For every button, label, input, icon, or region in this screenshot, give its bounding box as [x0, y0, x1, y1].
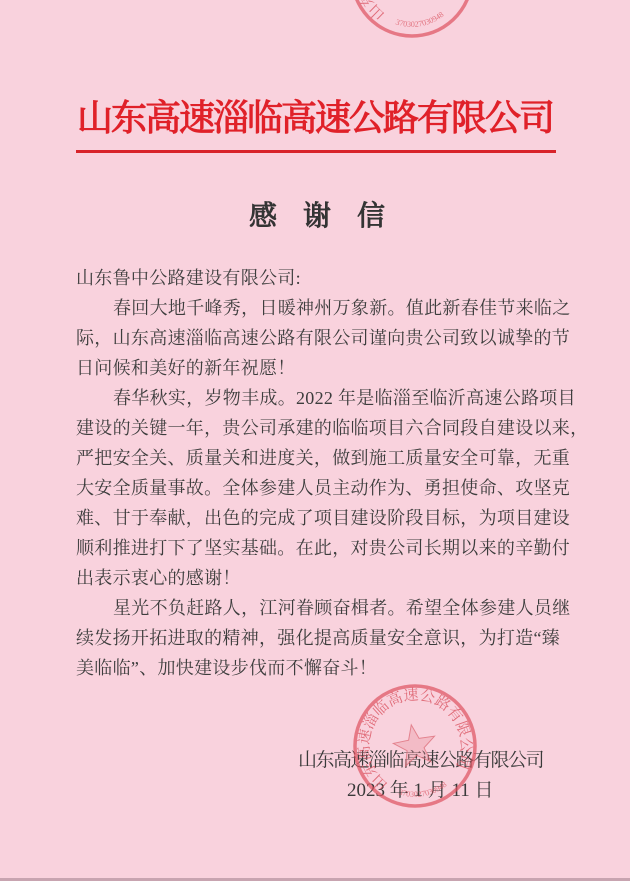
signature-date: 2023 年 1 月 11 日	[347, 775, 494, 802]
letterhead-title: 山东高速淄临高速公路有限公司	[0, 90, 630, 141]
body-line: 出表示衷心的感谢！	[76, 563, 576, 593]
body-line: 大安全质量事故。全体参建人员主动作为、勇担使命、攻坚克	[76, 473, 576, 503]
body-line: 际，山东高速淄临高速公路有限公司谨向贵公司致以诚挚的节	[76, 323, 576, 353]
letter-page: 山东高速淄临高速公路有限公司 3703027030948 山东高速淄临高速公路有…	[0, 0, 630, 881]
body-line: 建设的关键一年，贵公司承建的临临项目六合同段自建设以来，	[76, 413, 576, 443]
svg-text:3703027030948: 3703027030948	[393, 9, 446, 32]
body-line: 续发扬开拓进取的精神，强化提高质量安全意识，为打造“臻	[76, 623, 576, 653]
letter-body: 山东鲁中公路建设有限公司:春回大地千峰秀，日暖神州万象新。值此新春佳节来临之际，…	[76, 263, 576, 683]
body-line: 严把安全关、质量关和进度关，做到施工质量安全可靠，无重	[76, 443, 576, 473]
letterhead-divider	[76, 150, 556, 153]
svg-text:山东高速淄临高速公路有限公司: 山东高速淄临高速公路有限公司	[342, 0, 477, 26]
seal-company-text: 山东高速淄临高速公路有限公司	[342, 0, 477, 26]
signature-company: 山东高速淄临高速公路有限公司	[298, 745, 543, 772]
body-line: 山东鲁中公路建设有限公司:	[76, 263, 576, 293]
company-seal-partial: 山东高速淄临高速公路有限公司 3703027030948	[342, 0, 482, 46]
body-line: 日问候和美好的新年祝愿！	[76, 353, 576, 383]
body-line: 难、甘于奉献，出色的完成了项目建设阶段目标，为项目建设	[76, 503, 576, 533]
seal-ring	[342, 0, 481, 46]
body-line: 星光不负赶路人，江河眷顾奋楫者。希望全体参建人员继	[76, 593, 576, 623]
body-line: 美临临”、加快建设步伐而不懈奋斗！	[76, 653, 576, 683]
body-line: 春回大地千峰秀，日暖神州万象新。值此新春佳节来临之	[76, 293, 576, 323]
body-line: 春华秋实，岁物丰成。2022 年是临淄至临沂高速公路项目	[76, 383, 576, 413]
letter-title: 感谢信	[0, 194, 630, 234]
body-line: 顺利推进打下了坚实基础。在此，对贵公司长期以来的辛勤付	[76, 533, 576, 563]
seal-serial: 3703027030948	[393, 9, 446, 32]
